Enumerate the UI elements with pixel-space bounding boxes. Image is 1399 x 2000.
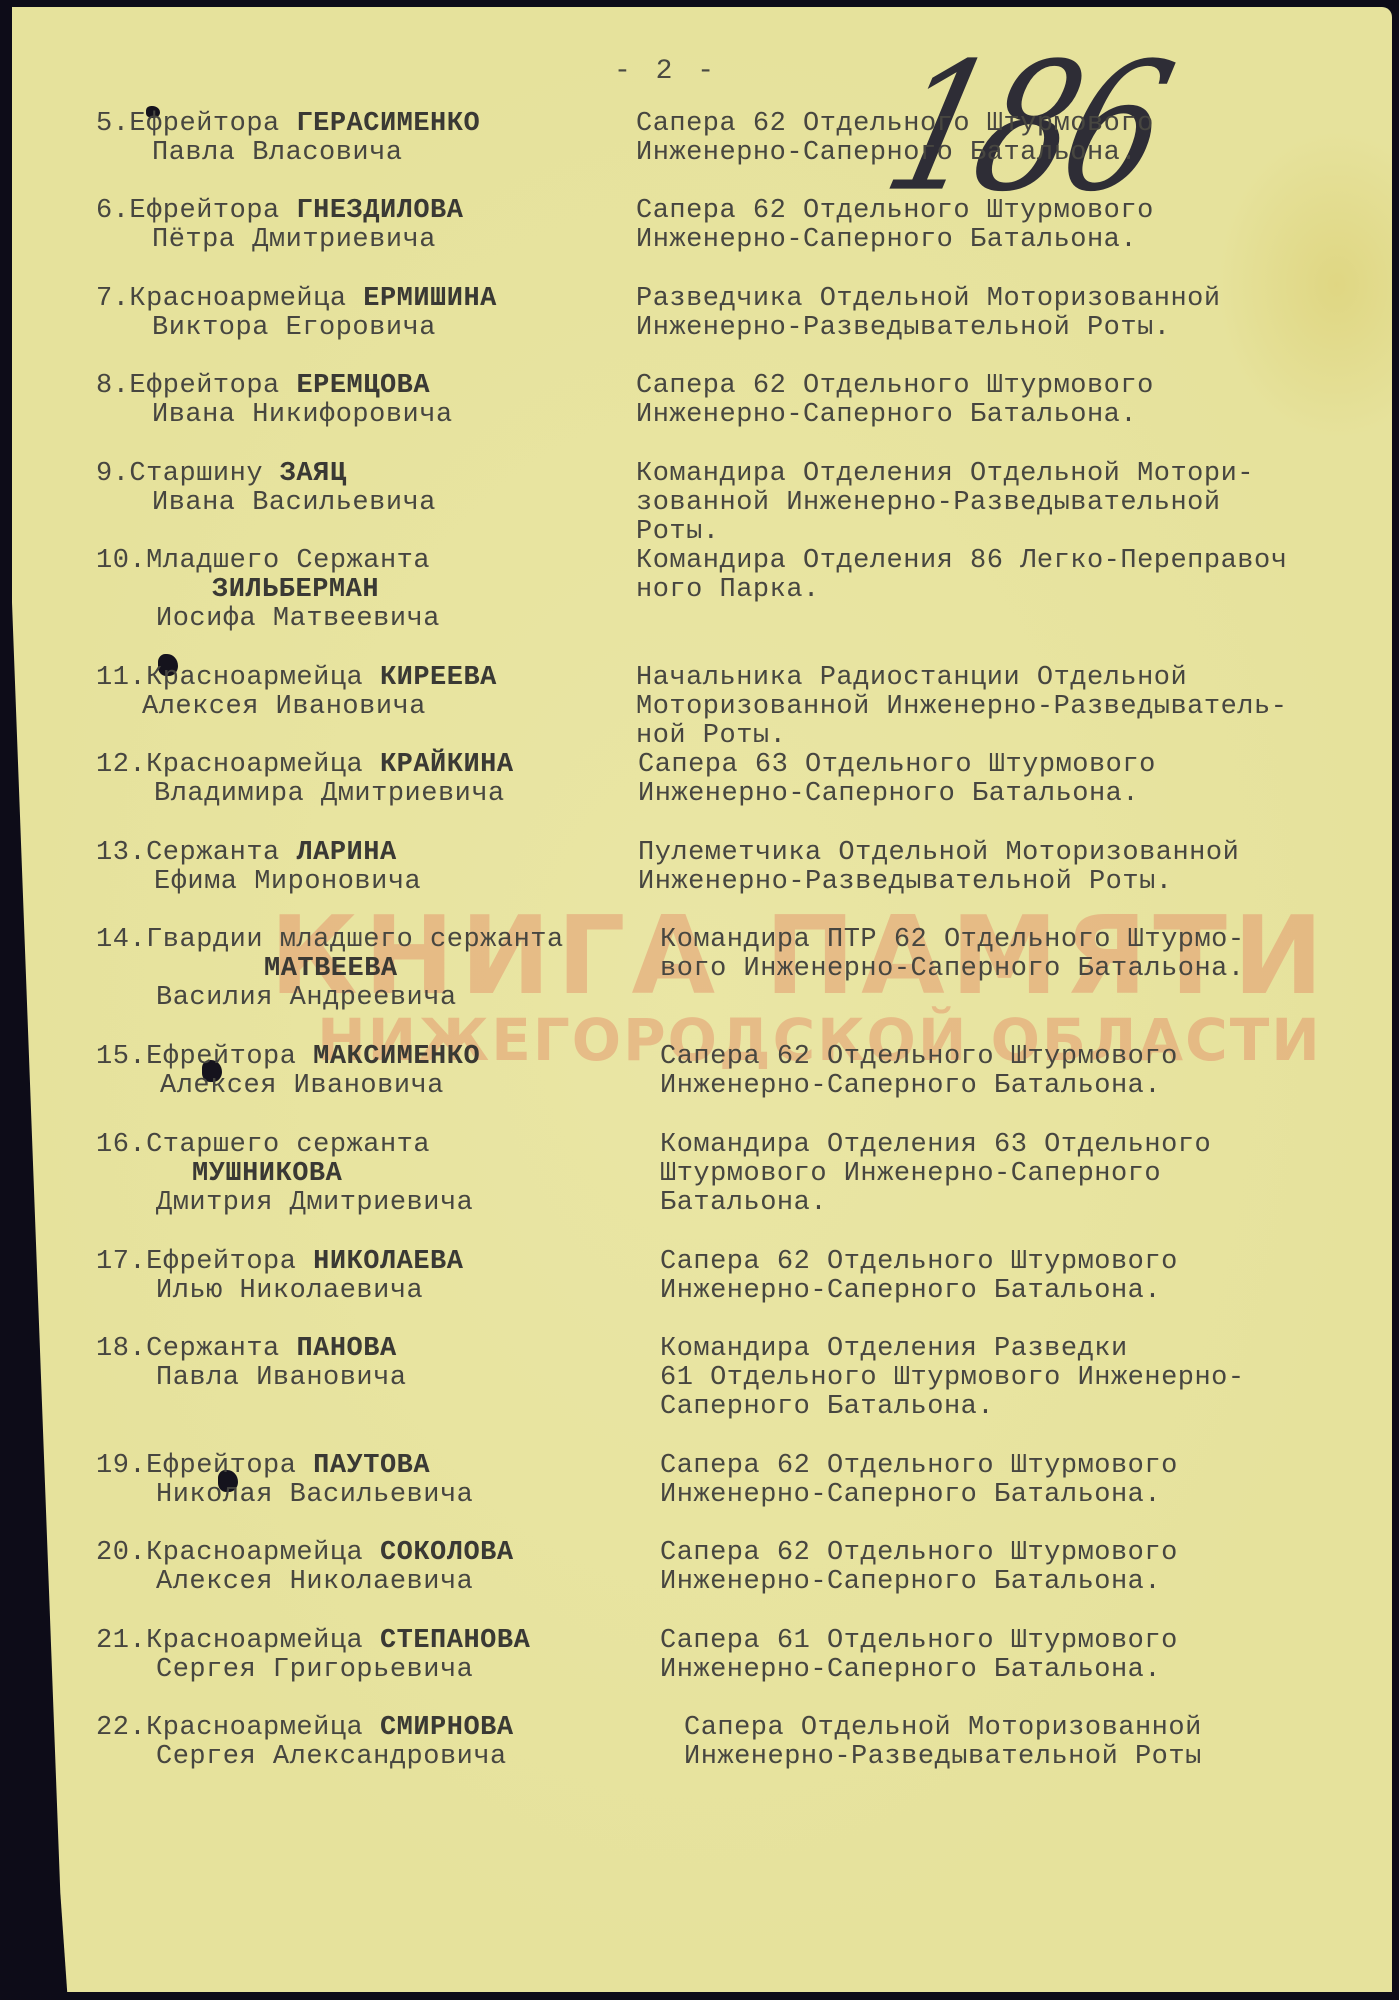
position-block: Сапера 62 Отдельного ШтурмовогоИнженерно… <box>636 197 1376 255</box>
rank-line: 8.Ефрейтора ЕРЕМЦОВА <box>96 372 656 401</box>
surname: ЗАЯЦ <box>280 459 347 489</box>
position-line: Инженерно-Саперного Батальона. <box>660 1481 1399 1510</box>
entry-number: 6. <box>96 196 129 226</box>
rank-line: 22.Красноармейца СМИРНОВА <box>96 1714 656 1743</box>
military-rank: Ефрейтора <box>146 1042 296 1072</box>
person-block: 18.Сержанта ПАНОВАПавла Ивановича <box>96 1335 656 1393</box>
rank-line: 10.Младшего Сержанта <box>96 547 656 576</box>
given-name-patronymic: Сергея Григорьевича <box>96 1656 656 1685</box>
position-line: Инженерно-Саперного Батальона. <box>636 401 1376 430</box>
person-block: 19.Ефрейтора ПАУТОВАНиколая Васильевича <box>96 1452 656 1510</box>
entry-number: 18. <box>96 1334 146 1364</box>
surname: МУШНИКОВА <box>192 1159 342 1189</box>
position-line: Сапера 62 Отдельного Штурмового <box>660 1452 1399 1481</box>
surname-line: МАТВЕЕВА <box>96 955 656 984</box>
position-line: Командира Отделения Разведки <box>660 1335 1399 1364</box>
military-rank: Ефрейтора <box>146 1247 296 1277</box>
entry-number: 16. <box>96 1130 146 1160</box>
given-name-patronymic: Илью Николаевича <box>96 1277 656 1306</box>
position-block: Командира Отделения Разведки61 Отдельног… <box>660 1335 1399 1422</box>
position-line: ного Парка. <box>636 576 1376 605</box>
position-line: Сапера Отдельной Моторизованной <box>684 1714 1399 1743</box>
entry-number: 8. <box>96 371 129 401</box>
military-rank: Красноармейца <box>146 1713 363 1743</box>
military-rank: Сержанта <box>146 1334 280 1364</box>
position-block: Сапера 63 Отдельного ШтурмовогоИнженерно… <box>638 751 1378 809</box>
position-line: Сапера 62 Отдельного Штурмового <box>660 1043 1399 1072</box>
given-name-patronymic: Владимира Дмитриевича <box>96 780 656 809</box>
entry-number: 7. <box>96 284 129 314</box>
person-block: 7.Красноармейца ЕРМИШИНАВиктора Егорович… <box>96 285 656 343</box>
person-block: 12.Красноармейца КРАЙКИНАВладимира Дмитр… <box>96 751 656 809</box>
military-rank: Красноармейца <box>146 750 363 780</box>
entry-number: 9. <box>96 459 129 489</box>
position-line: Сапера 62 Отдельного Штурмового <box>660 1539 1399 1568</box>
surname: СОКОЛОВА <box>380 1538 514 1568</box>
surname: ПАУТОВА <box>313 1451 430 1481</box>
military-rank: Старшину <box>129 459 263 489</box>
person-block: 8.Ефрейтора ЕРЕМЦОВАИвана Никифоровича <box>96 372 656 430</box>
rank-line: 20.Красноармейца СОКОЛОВА <box>96 1539 656 1568</box>
page-number: - 2 - <box>614 56 718 87</box>
given-name-patronymic: Алексея Ивановича <box>96 693 656 722</box>
position-line: вого Инженерно-Саперного Батальона. <box>660 955 1399 984</box>
rank-line: 13.Сержанта ЛАРИНА <box>96 839 656 868</box>
position-line: Сапера 62 Отдельного Штурмового <box>636 110 1376 139</box>
military-rank: Гвардии младшего сержанта <box>146 925 564 955</box>
person-block: 20.Красноармейца СОКОЛОВААлексея Николае… <box>96 1539 656 1597</box>
given-name-patronymic: Виктора Егоровича <box>96 314 656 343</box>
person-block: 21.Красноармейца СТЕПАНОВАСергея Григорь… <box>96 1627 656 1685</box>
position-block: Командира Отделения 63 ОтдельногоШтурмов… <box>660 1131 1399 1218</box>
surname: КРАЙКИНА <box>380 750 514 780</box>
position-line: Инженерно-Саперного Батальона. <box>636 226 1376 255</box>
rank-line: 17.Ефрейтора НИКОЛАЕВА <box>96 1248 656 1277</box>
military-rank: Ефрейтора <box>129 371 279 401</box>
rank-line: 15.Ефрейтора МАКСИМЕНКО <box>96 1043 656 1072</box>
rank-line: 19.Ефрейтора ПАУТОВА <box>96 1452 656 1481</box>
position-line: Саперного Батальона. <box>660 1393 1399 1422</box>
position-line: Сапера 63 Отдельного Штурмового <box>638 751 1378 780</box>
surname: ЕРМИШИНА <box>363 284 497 314</box>
surname: ПАНОВА <box>296 1334 396 1364</box>
given-name-patronymic: Ивана Васильевича <box>96 489 656 518</box>
surname: ГЕРАСИМЕНКО <box>296 109 480 139</box>
military-rank: Красноармейца <box>146 1626 363 1656</box>
position-line: Начальника Радиостанции Отдельной <box>636 664 1376 693</box>
rank-line: 16.Старшего сержанта <box>96 1131 656 1160</box>
position-block: Сапера 62 Отдельного ШтурмовогоИнженерно… <box>660 1452 1399 1510</box>
given-name-patronymic: Дмитрия Дмитриевича <box>96 1189 656 1218</box>
given-name-patronymic: Николая Васильевича <box>96 1481 656 1510</box>
position-block: Командира Отделения 86 Легко-Переправочн… <box>636 547 1376 605</box>
position-block: Сапера 62 Отдельного ШтурмовогоИнженерно… <box>660 1539 1399 1597</box>
entry-number: 5. <box>96 109 129 139</box>
surname: ЕРЕМЦОВА <box>296 371 430 401</box>
position-line: Инженерно-Разведывательной Роты <box>684 1743 1399 1772</box>
given-name-patronymic: Иосифа Матвеевича <box>96 605 656 634</box>
entry-number: 12. <box>96 750 146 780</box>
position-line: Батальона. <box>660 1189 1399 1218</box>
position-block: Разведчика Отдельной МоторизованнойИнжен… <box>636 285 1376 343</box>
military-rank: Младшего Сержанта <box>146 546 430 576</box>
position-block: Командира ПТР 62 Отдельного Штурмо-вого … <box>660 926 1399 984</box>
military-rank: Красноармейца <box>129 284 346 314</box>
position-line: 61 Отдельного Штурмового Инженерно- <box>660 1364 1399 1393</box>
rank-line: 11.Красноармейца КИРЕЕВА <box>96 664 656 693</box>
military-rank: Красноармейца <box>146 1538 363 1568</box>
rank-line: 21.Красноармейца СТЕПАНОВА <box>96 1627 656 1656</box>
given-name-patronymic: Ефима Мироновича <box>96 868 656 897</box>
given-name-patronymic: Василия Андреевича <box>96 984 656 1013</box>
given-name-patronymic: Павла Ивановича <box>96 1364 656 1393</box>
rank-line: 6.Ефрейтора ГНЕЗДИЛОВА <box>96 197 656 226</box>
surname: МАКСИМЕНКО <box>313 1042 480 1072</box>
position-line: Пулеметчика Отдельной Моторизованной <box>638 839 1378 868</box>
position-line: Инженерно-Саперного Батальона. <box>638 780 1378 809</box>
person-block: 10.Младшего СержантаЗИЛЬБЕРМАНИосифа Мат… <box>96 547 656 634</box>
position-line: Штурмового Инженерно-Саперного <box>660 1160 1399 1189</box>
person-block: 14.Гвардии младшего сержантаМАТВЕЕВАВаси… <box>96 926 656 1013</box>
rank-line: 7.Красноармейца ЕРМИШИНА <box>96 285 656 314</box>
rank-line: 5.Ефрейтора ГЕРАСИМЕНКО <box>96 110 656 139</box>
person-block: 16.Старшего сержантаМУШНИКОВАДмитрия Дми… <box>96 1131 656 1218</box>
entry-number: 17. <box>96 1247 146 1277</box>
position-block: Сапера Отдельной МоторизованнойИнженерно… <box>684 1714 1399 1772</box>
rank-line: 18.Сержанта ПАНОВА <box>96 1335 656 1364</box>
surname: МАТВЕЕВА <box>264 954 398 984</box>
position-line: Командира ПТР 62 Отдельного Штурмо- <box>660 926 1399 955</box>
position-line: Сапера 62 Отдельного Штурмового <box>660 1248 1399 1277</box>
person-block: 22.Красноармейца СМИРНОВАСергея Александ… <box>96 1714 656 1772</box>
military-rank: Красноармейца <box>146 663 363 693</box>
rank-line: 12.Красноармейца КРАЙКИНА <box>96 751 656 780</box>
entry-number: 11. <box>96 663 146 693</box>
given-name-patronymic: Сергея Александровича <box>96 1743 656 1772</box>
entry-number: 10. <box>96 546 146 576</box>
entry-number: 19. <box>96 1451 146 1481</box>
surname: НИКОЛАЕВА <box>313 1247 463 1277</box>
military-rank: Ефрейтора <box>129 196 279 226</box>
person-block: 17.Ефрейтора НИКОЛАЕВАИлью Николаевича <box>96 1248 656 1306</box>
surname: СМИРНОВА <box>380 1713 514 1743</box>
entry-number: 13. <box>96 838 146 868</box>
position-line: Командира Отделения 63 Отдельного <box>660 1131 1399 1160</box>
military-rank: Старшего сержанта <box>146 1130 430 1160</box>
surname: ЛАРИНА <box>296 838 396 868</box>
rank-line: 9.Старшину ЗАЯЦ <box>96 460 656 489</box>
position-line: Инженерно-Саперного Батальона. <box>636 139 1376 168</box>
position-block: Начальника Радиостанции ОтдельнойМоториз… <box>636 664 1376 751</box>
surname-line: ЗИЛЬБЕРМАН <box>96 576 656 605</box>
position-line: Сапера 62 Отдельного Штурмового <box>636 197 1376 226</box>
position-line: Роты. <box>636 518 1376 547</box>
position-line: Командира Отделения 86 Легко-Переправоч <box>636 547 1376 576</box>
given-name-patronymic: Пётра Дмитриевича <box>96 226 656 255</box>
position-line: Инженерно-Саперного Батальона. <box>660 1656 1399 1685</box>
rank-line: 14.Гвардии младшего сержанта <box>96 926 656 955</box>
military-rank: Ефрейтора <box>129 109 279 139</box>
position-line: Инженерно-Саперного Батальона. <box>660 1277 1399 1306</box>
entry-number: 14. <box>96 925 146 955</box>
position-line: Инженерно-Саперного Батальона. <box>660 1072 1399 1101</box>
surname: ГНЕЗДИЛОВА <box>296 196 463 226</box>
position-block: Сапера 62 Отдельного ШтурмовогоИнженерно… <box>636 372 1376 430</box>
position-line: Инженерно-Разведывательной Роты. <box>638 868 1378 897</box>
military-rank: Ефрейтора <box>146 1451 296 1481</box>
position-block: Сапера 61 Отдельного ШтурмовогоИнженерно… <box>660 1627 1399 1685</box>
position-block: Сапера 62 Отдельного ШтурмовогоИнженерно… <box>660 1248 1399 1306</box>
position-block: Командира Отделения Отдельной Мотори-зов… <box>636 460 1376 547</box>
surname-line: МУШНИКОВА <box>96 1160 656 1189</box>
entry-number: 20. <box>96 1538 146 1568</box>
given-name-patronymic: Алексея Ивановича <box>96 1072 656 1101</box>
position-block: Сапера 62 Отдельного ШтурмовогоИнженерно… <box>660 1043 1399 1101</box>
entry-number: 22. <box>96 1713 146 1743</box>
position-line: зованной Инженерно-Разведывательной <box>636 489 1376 518</box>
surname: СТЕПАНОВА <box>380 1626 530 1656</box>
position-line: Инженерно-Саперного Батальона. <box>660 1568 1399 1597</box>
military-rank: Сержанта <box>146 838 280 868</box>
surname: КИРЕЕВА <box>380 663 497 693</box>
person-block: 5.Ефрейтора ГЕРАСИМЕНКОПавла Власовича <box>96 110 656 168</box>
entry-number: 21. <box>96 1626 146 1656</box>
position-line: Сапера 62 Отдельного Штурмового <box>636 372 1376 401</box>
surname: ЗИЛЬБЕРМАН <box>212 575 379 605</box>
position-line: ной Роты. <box>636 722 1376 751</box>
position-block: Сапера 62 Отдельного ШтурмовогоИнженерно… <box>636 110 1376 168</box>
position-line: Сапера 61 Отдельного Штурмового <box>660 1627 1399 1656</box>
person-block: 15.Ефрейтора МАКСИМЕНКОАлексея Ивановича <box>96 1043 656 1101</box>
position-line: Моторизованной Инженерно-Разведыватель- <box>636 693 1376 722</box>
position-line: Командира Отделения Отдельной Мотори- <box>636 460 1376 489</box>
position-line: Разведчика Отдельной Моторизованной <box>636 285 1376 314</box>
person-block: 9.Старшину ЗАЯЦИвана Васильевича <box>96 460 656 518</box>
given-name-patronymic: Павла Власовича <box>96 139 656 168</box>
person-block: 13.Сержанта ЛАРИНАЕфима Мироновича <box>96 839 656 897</box>
position-block: Пулеметчика Отдельной МоторизованнойИнже… <box>638 839 1378 897</box>
entry-number: 15. <box>96 1042 146 1072</box>
person-block: 11.Красноармейца КИРЕЕВААлексея Иванович… <box>96 664 656 722</box>
person-block: 6.Ефрейтора ГНЕЗДИЛОВАПётра Дмитриевича <box>96 197 656 255</box>
given-name-patronymic: Алексея Николаевича <box>96 1568 656 1597</box>
given-name-patronymic: Ивана Никифоровича <box>96 401 656 430</box>
position-line: Инженерно-Разведывательной Роты. <box>636 314 1376 343</box>
